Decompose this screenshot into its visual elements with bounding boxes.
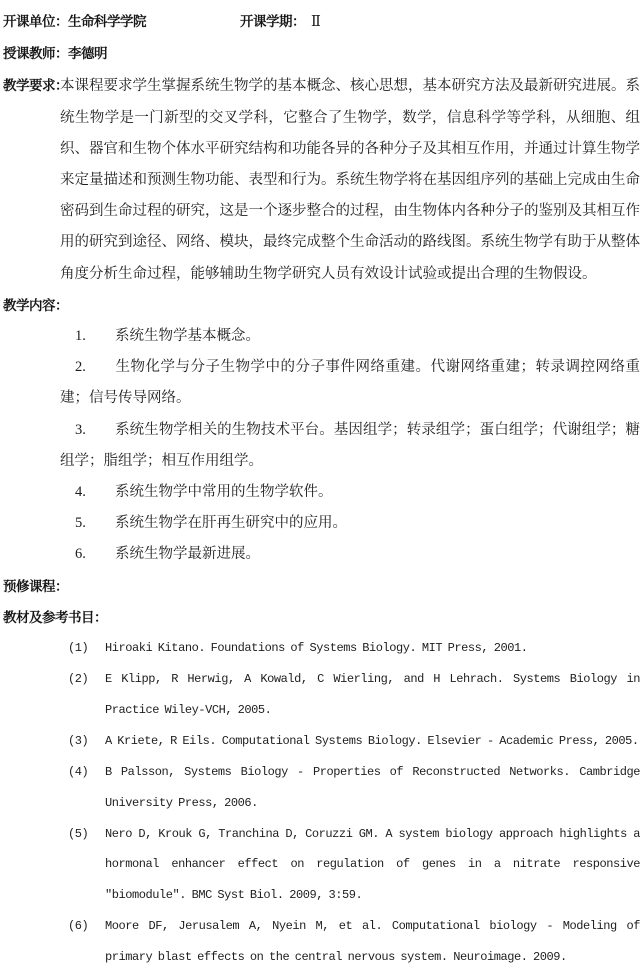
content-item-4-text: 系统生物学中常用的生物学软件。 <box>115 484 333 500</box>
content-item-2: 2.生物化学与分子生物学中的分子事件网络重建。代谢网络重建；转录调控网络重建；信… <box>3 352 640 414</box>
content-item-5-text: 系统生物学在肝再生研究中的应用。 <box>115 515 347 531</box>
content-item-3: 3.系统生物学相关的生物技术平台。基因组学；转录组学；蛋白组学；代谢组学；糖组学… <box>3 415 640 477</box>
bibliography-item-5-number: (5) <box>68 819 105 850</box>
content-item-5: 5.系统生物学在肝再生研究中的应用。 <box>3 508 640 539</box>
bibliography-item-2: (2)E Klipp, R Herwig, A Kowald, C Wierli… <box>3 664 640 726</box>
bibliography-label: 教材及参考书目： <box>3 602 640 633</box>
bibliography-item-2-text: E Klipp, R Herwig, A Kowald, C Wierling,… <box>105 672 640 717</box>
semester-label: 开课学期： <box>240 14 305 29</box>
content-item-4-number: 4. <box>75 477 115 508</box>
bibliography-item-1: (1)Hiroaki Kitano. Foundations of System… <box>3 633 640 664</box>
prerequisites-label: 预修课程： <box>3 571 640 602</box>
bibliography-item-6-text: Moore DF, Jerusalem A, Nyein M, et al. C… <box>105 919 640 964</box>
content-item-5-number: 5. <box>75 508 115 539</box>
bibliography-item-5-text: Nero D, Krouk G, Tranchina D, Coruzzi GM… <box>105 827 640 903</box>
content-item-1-text: 系统生物学基本概念。 <box>115 328 260 344</box>
bibliography-item-3-text: A Kriete, R Eils. Computational Systems … <box>105 734 639 748</box>
teaching-requirements-label: 教学要求： <box>3 70 60 101</box>
teacher-value: 李德明 <box>68 46 107 61</box>
bibliography-item-3-number: (3) <box>68 726 105 757</box>
teacher-label: 授课教师： <box>3 46 68 61</box>
course-unit-row: 开课单位：生命科学学院 开课学期：Ⅱ <box>3 6 640 38</box>
content-item-2-number: 2. <box>75 352 115 383</box>
bibliography-item-4-text: B Palsson, Systems Biology - Properties … <box>105 765 640 810</box>
content-item-3-number: 3. <box>75 415 115 446</box>
semester-field: 开课学期：Ⅱ <box>240 6 321 38</box>
bibliography-item-4: (4)B Palsson, Systems Biology - Properti… <box>3 757 640 819</box>
bibliography-item-1-text: Hiroaki Kitano. Foundations of Systems B… <box>105 641 527 655</box>
bibliography-item-4-number: (4) <box>68 757 105 788</box>
teaching-requirements-text: 本课程要求学生掌握系统生物学的基本概念、核心思想，基本研究方法及最新研究进展。系… <box>60 78 640 281</box>
bibliography-item-3: (3)A Kriete, R Eils. Computational Syste… <box>3 726 640 757</box>
bibliography-item-2-number: (2) <box>68 664 105 695</box>
course-unit-label: 开课单位： <box>3 14 68 29</box>
teaching-content-label: 教学内容： <box>3 290 640 321</box>
content-item-1: 1.系统生物学基本概念。 <box>3 321 640 352</box>
content-item-6-text: 系统生物学最新进展。 <box>115 546 260 562</box>
course-unit-value: 生命科学学院 <box>68 14 146 29</box>
content-item-1-number: 1. <box>75 321 115 352</box>
bibliography-item-5: (5)Nero D, Krouk G, Tranchina D, Coruzzi… <box>3 819 640 912</box>
content-item-4: 4.系统生物学中常用的生物学软件。 <box>3 477 640 508</box>
bibliography-item-6-number: (6) <box>68 911 105 942</box>
bibliography-item-1-number: (1) <box>68 633 105 664</box>
teacher-row: 授课教师：李德明 <box>3 38 640 70</box>
bibliography-item-6: (6)Moore DF, Jerusalem A, Nyein M, et al… <box>3 911 640 967</box>
content-item-3-text: 系统生物学相关的生物技术平台。基因组学；转录组学；蛋白组学；代谢组学；糖组学；脂… <box>60 422 640 469</box>
teaching-requirements-paragraph: 教学要求：本课程要求学生掌握系统生物学的基本概念、核心思想，基本研究方法及最新研… <box>3 70 640 289</box>
semester-value: Ⅱ <box>305 14 321 30</box>
content-item-2-text: 生物化学与分子生物学中的分子事件网络重建。代谢网络重建；转录调控网络重建；信号传… <box>60 359 640 406</box>
content-item-6: 6.系统生物学最新进展。 <box>3 539 640 570</box>
content-item-6-number: 6. <box>75 539 115 570</box>
course-syllabus-document: 开课单位：生命科学学院 开课学期：Ⅱ 授课教师：李德明 教学要求：本课程要求学生… <box>0 0 643 967</box>
